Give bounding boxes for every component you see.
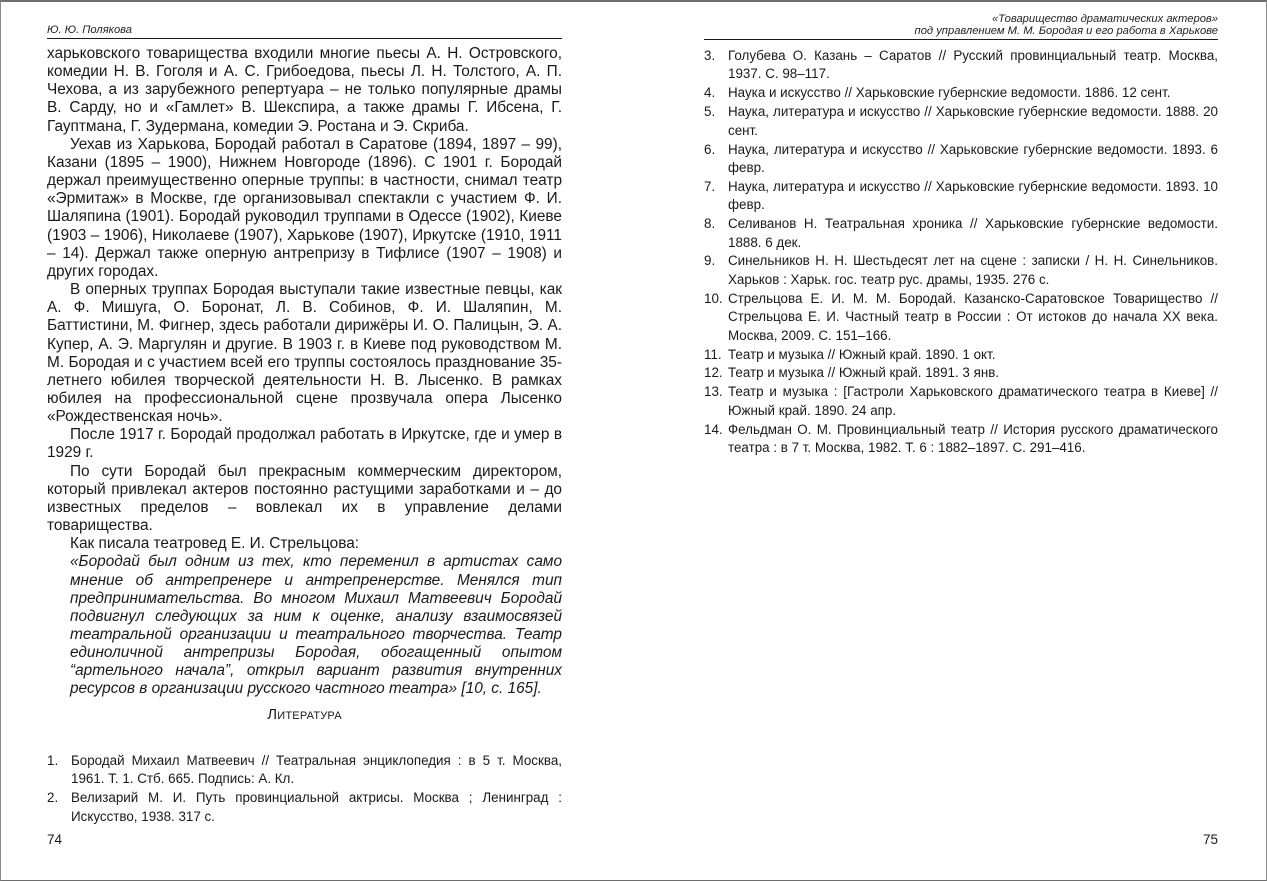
- reference-text: Бородай Михаил Матвеевич // Театральная …: [71, 753, 562, 786]
- reference-number: 7.: [704, 178, 715, 196]
- running-head-title: «Товарищество драматических актеров» под…: [704, 13, 1218, 40]
- paragraph: После 1917 г. Бородай продолжал работать…: [47, 426, 562, 462]
- reference-text: Наука, литература и искусство // Харьков…: [728, 142, 1218, 175]
- reference-item: 13. Театр и музыка : [Гастроли Харьковск…: [704, 383, 1218, 420]
- reference-number: 11.: [704, 346, 722, 364]
- reference-item: 9. Синельников Н. Н. Шестьдесят лет на с…: [704, 252, 1218, 289]
- reference-text: Голубева О. Казань – Саратов // Русский …: [728, 48, 1218, 81]
- running-head-text: Ю. Ю. Полякова: [47, 24, 562, 36]
- reference-item: 4. Наука и искусство // Харьковские губе…: [704, 84, 1218, 102]
- reference-text: Театр и музыка // Южный край. 1890. 1 ок…: [728, 347, 995, 362]
- reference-item: 5. Наука, литература и искусство // Харь…: [704, 103, 1218, 140]
- reference-text: Наука, литература и искусство // Харьков…: [728, 179, 1218, 212]
- reference-text: Наука и искусство // Харьковские губернс…: [728, 85, 1170, 100]
- reference-number: 8.: [704, 215, 715, 233]
- reference-text: Фельдман О. М. Провинциальный театр // И…: [728, 422, 1218, 455]
- reference-number: 5.: [704, 103, 715, 121]
- reference-text: Театр и музыка // Южный край. 1891. 3 ян…: [728, 365, 999, 380]
- paragraph: харьковского товарищества входили многие…: [47, 45, 562, 136]
- section-heading-literature: Литература: [47, 706, 562, 723]
- reference-list: 3. Голубева О. Казань – Саратов // Русск…: [704, 47, 1218, 458]
- reference-number: 13.: [704, 383, 723, 401]
- paragraph: В оперных труппах Бородая выступали таки…: [47, 281, 562, 426]
- reference-number: 10.: [704, 290, 723, 308]
- paragraph: По сути Бородай был прекрасным коммерчес…: [47, 463, 562, 536]
- reference-item: 1. Бородай Михаил Матвеевич // Театральн…: [47, 752, 562, 789]
- reference-number: 9.: [704, 252, 715, 270]
- page-number: 75: [1203, 832, 1218, 847]
- reference-number: 14.: [704, 421, 723, 439]
- page-number: 74: [47, 832, 62, 847]
- reference-item: 8. Селиванов Н. Театральная хроника // Х…: [704, 215, 1218, 252]
- running-head-line-2: под управлением М. М. Бородая и его рабо…: [704, 25, 1218, 37]
- reference-text: Наука, литература и искусство // Харьков…: [728, 104, 1218, 137]
- reference-item: 11. Театр и музыка // Южный край. 1890. …: [704, 346, 1218, 364]
- reference-text: Стрельцова Е. И. М. М. Бородай. Казанско…: [728, 291, 1218, 343]
- reference-text: Велизарий М. И. Путь провинциальной актр…: [71, 790, 562, 823]
- reference-number: 2.: [47, 789, 58, 807]
- reference-item: 3. Голубева О. Казань – Саратов // Русск…: [704, 47, 1218, 84]
- reference-item: 6. Наука, литература и искусство // Харь…: [704, 141, 1218, 178]
- reference-text: Селиванов Н. Театральная хроника // Харь…: [728, 216, 1218, 249]
- reference-number: 1.: [47, 752, 58, 770]
- reference-number: 4.: [704, 84, 715, 102]
- body-text: харьковского товарищества входили многие…: [47, 45, 562, 699]
- paragraph: Как писала театровед Е. И. Стрельцова:: [47, 535, 562, 553]
- running-head-line-1: «Товарищество драматических актеров»: [704, 13, 1218, 25]
- reference-item: 2. Велизарий М. И. Путь провинциальной а…: [47, 789, 562, 826]
- running-head-author: Ю. Ю. Полякова: [47, 24, 562, 39]
- reference-number: 3.: [704, 47, 715, 65]
- block-quote: «Бородай был одним из тех, кто переменил…: [47, 553, 562, 698]
- reference-text: Синельников Н. Н. Шестьдесят лет на сцен…: [728, 253, 1218, 286]
- reference-list: 1. Бородай Михаил Матвеевич // Театральн…: [47, 752, 562, 827]
- reference-item: 14. Фельдман О. М. Провинциальный театр …: [704, 421, 1218, 458]
- reference-item: 7. Наука, литература и искусство // Харь…: [704, 178, 1218, 215]
- reference-number: 6.: [704, 141, 715, 159]
- reference-item: 12. Театр и музыка // Южный край. 1891. …: [704, 364, 1218, 382]
- right-page: «Товарищество драматических актеров» под…: [704, 0, 1218, 881]
- reference-number: 12.: [704, 364, 723, 382]
- left-page: Ю. Ю. Полякова харьковского товарищества…: [47, 0, 562, 881]
- reference-item: 10. Стрельцова Е. И. М. М. Бородай. Каза…: [704, 290, 1218, 345]
- paragraph: Уехав из Харькова, Бородай работал в Сар…: [47, 136, 562, 281]
- reference-text: Театр и музыка : [Гастроли Харьковского …: [728, 384, 1218, 417]
